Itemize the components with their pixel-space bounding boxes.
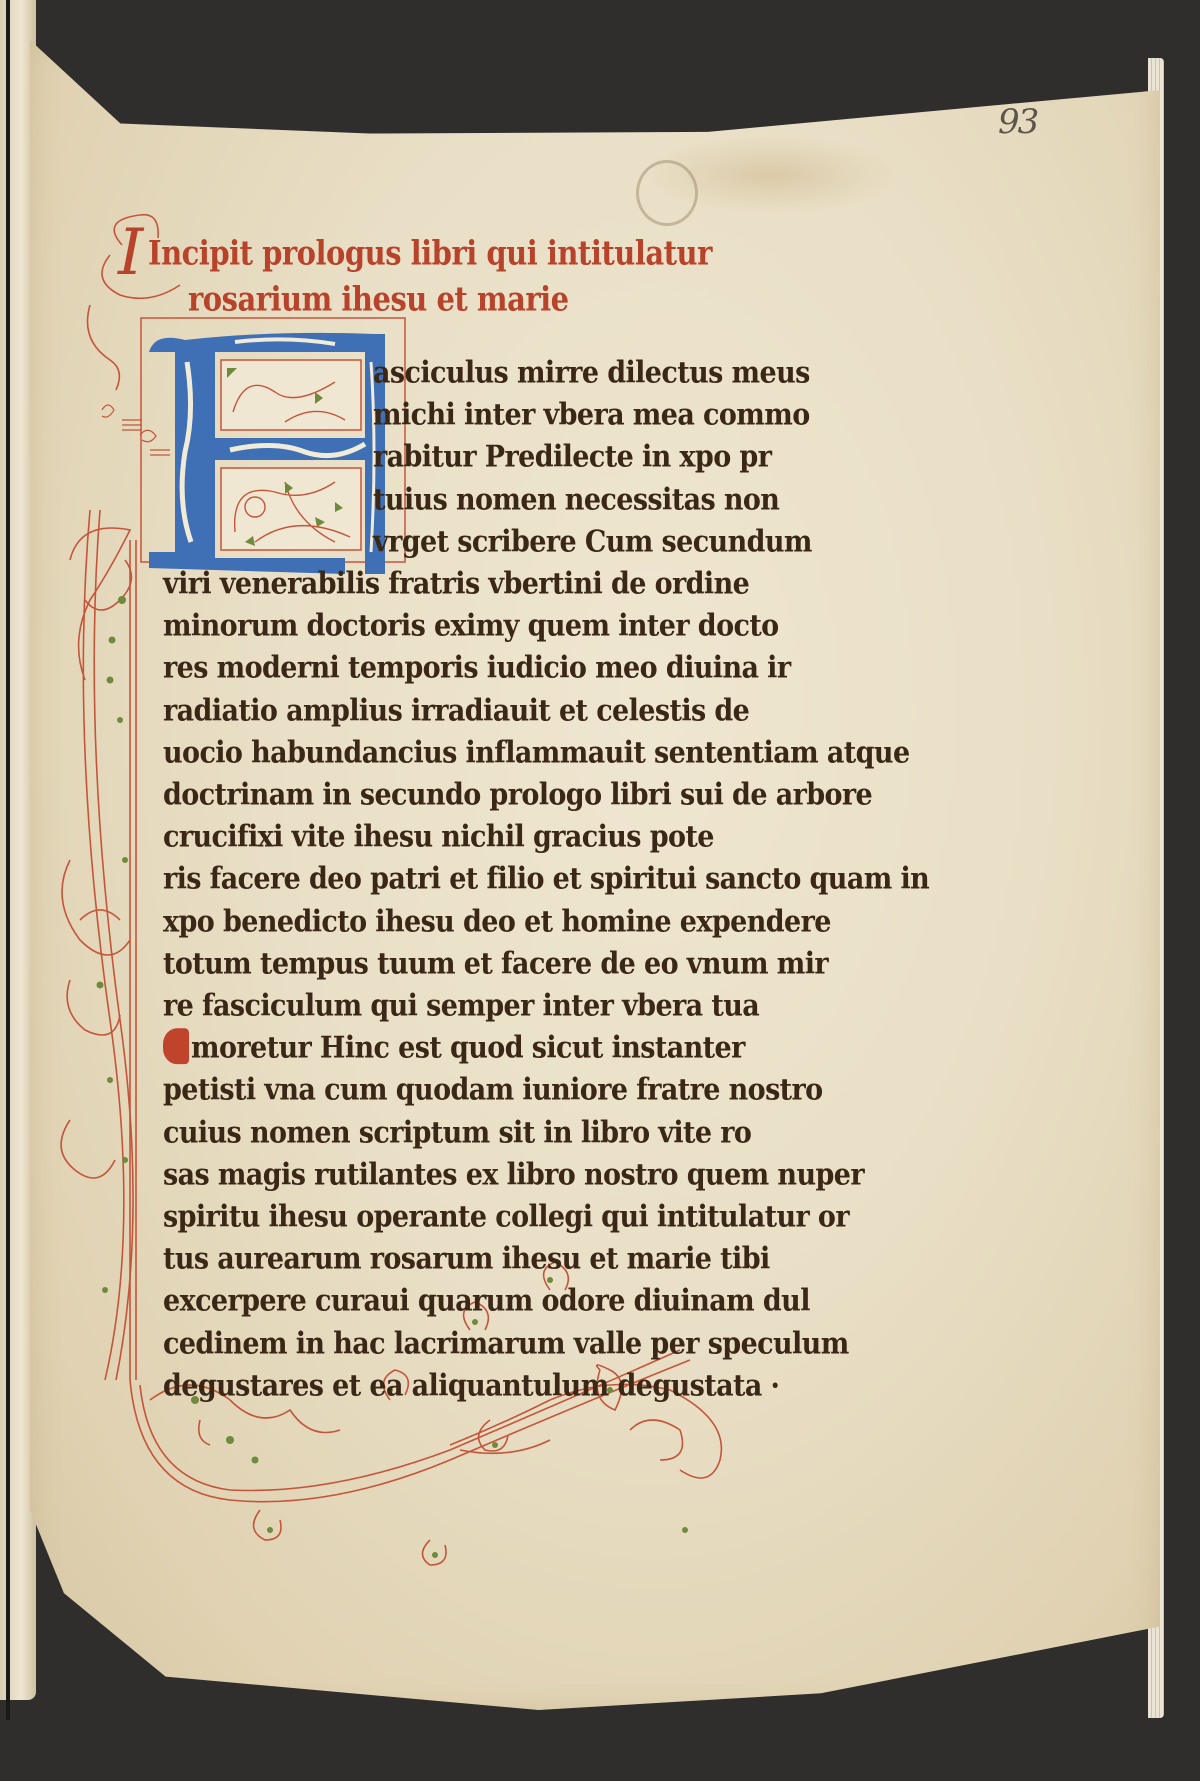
text-line: minorum doctoris eximy quem inter docto [163,603,863,650]
text-line: res moderni temporis iudicio meo diuina … [163,645,863,692]
folio-number-correction: 4 [1030,72,1044,97]
rubric-flourished-capital: I [118,216,143,290]
main-text-block: asciculus mirre dilectus meus michi inte… [163,355,863,1410]
binding-gutter [6,0,10,1720]
text-line: asciculus mirre dilectus meus [163,350,863,397]
text-line: vrget scribere Cum secundum [163,519,863,566]
rubric-line: Incipit prologus libri qui intitulatur [148,230,808,276]
folio-number: 93 [998,102,1037,142]
text-line: cedinem in hac lacrimarum valle per spec… [163,1321,863,1368]
text-line: ris facere deo patri et filio et spiritu… [163,856,863,903]
text-line: doctrinam in secundo prologo libri sui d… [163,772,863,819]
text-line: rabitur Predilecte in xpo pr [163,434,863,481]
text-line: radiatio amplius irradiauit et celestis … [163,688,863,735]
text-line: petisti vna cum quodam iuniore fratre no… [163,1067,863,1114]
manuscript-page: 4 93 [30,40,1160,1710]
text-line: sas magis rutilantes ex libro nostro que… [163,1152,863,1199]
offset-stain-loop [636,160,698,226]
red-paraph-mark [163,1029,189,1065]
text-line: xpo benedicto ihesu deo et homine expend… [163,899,863,946]
text-line: re fasciculum qui semper inter vbera tua [163,983,863,1030]
rubric-heading: Incipit prologus libri qui intitulatur r… [148,230,808,322]
text-line: tuius nomen necessitas non [163,477,863,524]
text-line: crucifixi vite ihesu nichil gracius pote [163,814,863,861]
text-line-with-paraph: moretur Hinc est quod sicut instanter [163,1025,863,1072]
text-line: totum tempus tuum et facere de eo vnum m… [163,941,863,988]
text-line: tus aurearum rosarum ihesu et marie tibi [163,1236,863,1283]
text-line: spiritu ihesu operante collegi qui intit… [163,1194,863,1241]
text-line: uocio habundancius inflammauit sententia… [163,730,863,777]
text-line: cuius nomen scriptum sit in libro vite r… [163,1110,863,1157]
text-line: viri venerabilis fratris vbertini de ord… [163,561,863,608]
text-line: excerpere curaui quarum odore diuinam du… [163,1278,863,1325]
text-line: moretur Hinc est quod sicut instanter [191,1031,745,1066]
text-line: degustares et ea aliquantulum degustata … [163,1363,863,1410]
text-line: michi inter vbera mea commo [163,392,863,439]
